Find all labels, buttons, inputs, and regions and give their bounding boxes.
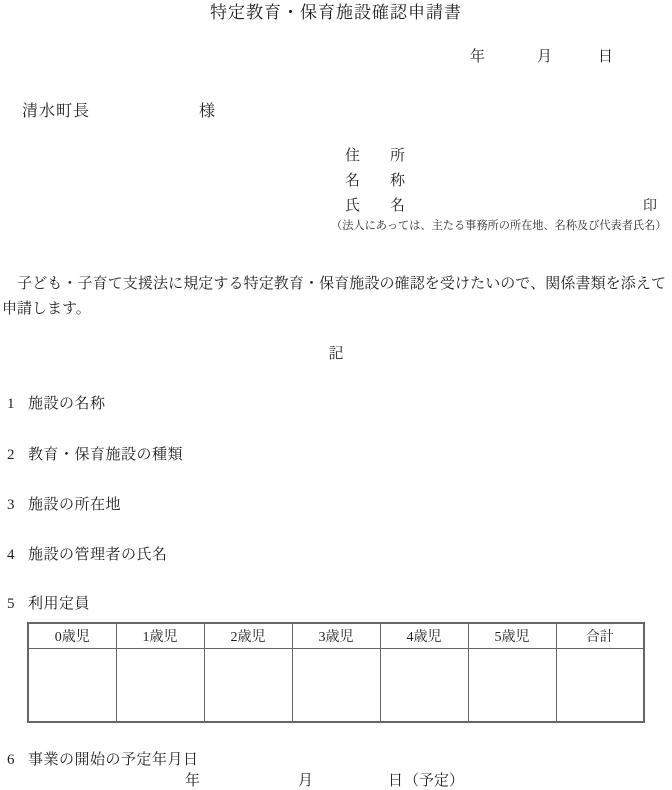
capacity-cell-total (556, 649, 644, 723)
item-label: 施設の名称 (28, 397, 106, 412)
capacity-header-age4: 4歳児 (380, 623, 468, 649)
item-label: 利用定員 (28, 597, 90, 612)
capacity-cell-age1 (116, 649, 204, 723)
applicant-facility-name-label: 名 称 (345, 174, 405, 189)
capacity-table-header-row: 0歳児 1歳児 2歳児 3歳児 4歳児 5歳児 合計 (28, 623, 644, 649)
capacity-header-age5: 5歳児 (468, 623, 556, 649)
item-number: 5 (7, 597, 15, 612)
start-date-month-label: 月 (298, 774, 313, 789)
capacity-cell-age2 (204, 649, 292, 723)
application-date-year-label: 年 (470, 50, 485, 65)
item-number: 2 (7, 448, 15, 463)
corporate-note: （法人にあっては、主たる事務所の所在地、名称及び代表者氏名） (331, 221, 667, 232)
item-label: 事業の開始の予定年月日 (28, 753, 199, 768)
start-date-year-label: 年 (185, 774, 200, 789)
capacity-header-age1: 1歳児 (116, 623, 204, 649)
application-form-page: 特定教育・保育施設確認申請書 年 月 日 清水町長 様 住 所 名 称 氏 名 … (0, 0, 672, 790)
applicant-address-label: 住 所 (345, 149, 405, 164)
application-statement: 子ども・子育て支援法に規定する特定教育・保育施設の確認を受けたいので、関係書類を… (2, 272, 666, 322)
capacity-table: 0歳児 1歳児 2歳児 3歳児 4歳児 5歳児 合計 (27, 622, 645, 723)
item-label: 教育・保育施設の種類 (28, 448, 183, 463)
capacity-table-value-row (28, 649, 644, 723)
record-marker: 記 (0, 347, 672, 362)
capacity-header-age2: 2歳児 (204, 623, 292, 649)
capacity-header-age3: 3歳児 (292, 623, 380, 649)
document-title: 特定教育・保育施設確認申請書 (0, 4, 672, 21)
start-date-planned-note: （予定） (404, 774, 464, 789)
item-number: 6 (7, 753, 15, 768)
capacity-cell-age0 (28, 649, 116, 723)
capacity-cell-age4 (380, 649, 468, 723)
item-label: 施設の管理者の氏名 (28, 548, 168, 563)
addressee-honorific: 様 (199, 104, 215, 120)
addressee-name: 清水町長 (22, 104, 90, 120)
start-date-day-label: 日 (388, 774, 403, 789)
item-number: 3 (7, 498, 15, 513)
application-date-day-label: 日 (598, 50, 613, 65)
item-number: 4 (7, 548, 15, 563)
item-number: 1 (7, 397, 15, 412)
capacity-header-age0: 0歳児 (28, 623, 116, 649)
application-date-month-label: 月 (537, 50, 552, 65)
item-label: 施設の所在地 (28, 498, 121, 513)
applicant-person-name-label: 氏 名 (345, 199, 405, 214)
seal-mark-label: 印 (643, 200, 657, 214)
capacity-cell-age3 (292, 649, 380, 723)
capacity-header-total: 合計 (556, 623, 644, 649)
capacity-cell-age5 (468, 649, 556, 723)
